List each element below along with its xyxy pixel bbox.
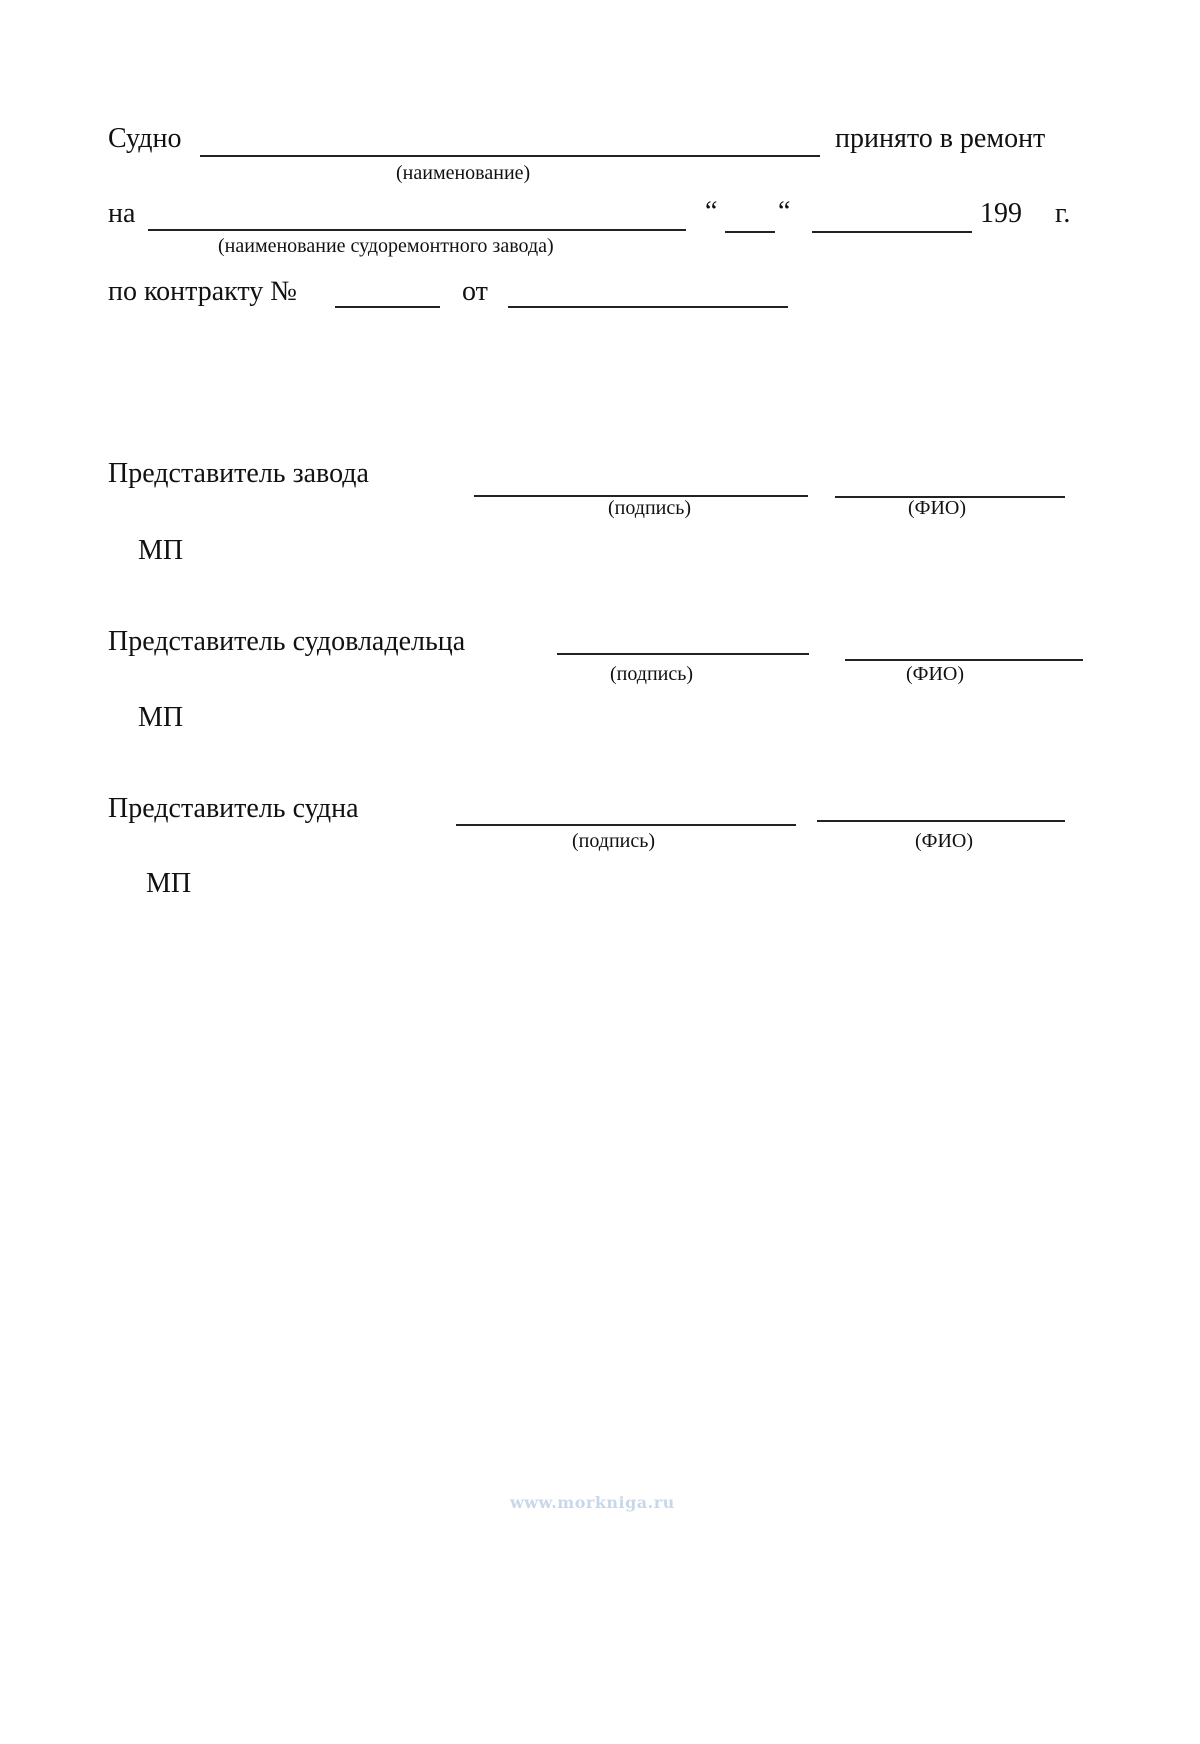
from-label: от	[462, 276, 488, 308]
day-field[interactable]	[725, 231, 775, 233]
owner-rep-name-caption: (ФИО)	[906, 663, 964, 686]
watermark: www.morkniga.ru	[510, 1493, 675, 1512]
owner-rep-stamp: МП	[138, 702, 183, 734]
factory-rep-label: Представитель завода	[108, 458, 369, 490]
at-label: на	[108, 198, 135, 230]
vessel-name-field[interactable]	[200, 155, 820, 157]
shipyard-caption: (наименование судоремонтного завода)	[218, 235, 554, 258]
month-field[interactable]	[812, 231, 972, 233]
quote-open: “	[705, 196, 717, 228]
ship-rep-signature-field[interactable]	[456, 824, 796, 826]
owner-rep-sign-caption: (подпись)	[610, 663, 693, 686]
contract-label: по контракту №	[108, 276, 297, 308]
factory-rep-stamp: МП	[138, 535, 183, 567]
factory-rep-name-caption: (ФИО)	[908, 497, 966, 520]
contract-number-field[interactable]	[335, 306, 440, 308]
ship-rep-label: Представитель судна	[108, 793, 359, 825]
quote-close: “	[778, 196, 790, 228]
ship-rep-stamp: МП	[146, 868, 191, 900]
owner-rep-name-field[interactable]	[845, 659, 1083, 661]
ship-rep-name-caption: (ФИО)	[915, 830, 973, 853]
accepted-text: принято в ремонт	[835, 123, 1045, 155]
ship-rep-name-field[interactable]	[817, 820, 1065, 822]
owner-rep-signature-field[interactable]	[557, 653, 809, 655]
ship-rep-sign-caption: (подпись)	[572, 830, 655, 853]
contract-date-field[interactable]	[508, 306, 788, 308]
factory-rep-sign-caption: (подпись)	[608, 497, 691, 520]
shipyard-name-field[interactable]	[148, 229, 686, 231]
owner-rep-label: Представитель судовладельца	[108, 626, 465, 658]
vessel-caption: (наименование)	[396, 162, 530, 185]
year-prefix: 199	[980, 198, 1022, 230]
year-suffix: г.	[1055, 198, 1070, 230]
vessel-label: Судно	[108, 123, 181, 155]
